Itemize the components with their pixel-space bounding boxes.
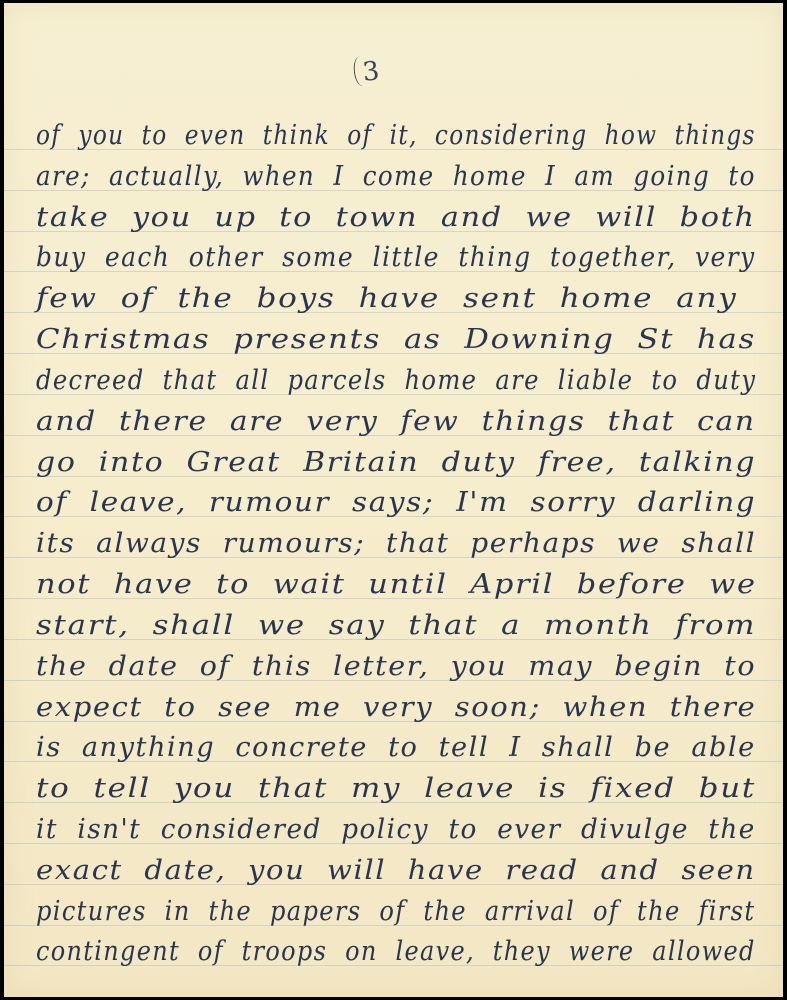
text-line: and there are very few things that can xyxy=(36,407,756,437)
text-line: start, shall we say that a month from xyxy=(36,611,756,641)
text-line: few of the boys have sent home any xyxy=(36,284,738,314)
text-line: pictures in the papers of the arrival of… xyxy=(36,897,755,927)
text-line: exact date, you will have read and seen xyxy=(36,856,756,886)
text-line: Christmas presents as Downing St has xyxy=(36,325,756,355)
text-line: to tell you that my leave is fixed but xyxy=(36,774,756,804)
text-line: of leave, rumour says; I'm sorry darling xyxy=(36,488,756,518)
text-line: contingent of troops on leave, they were… xyxy=(36,937,756,967)
page-number-circle xyxy=(352,55,370,86)
text-line: take you up to town and we will both xyxy=(36,203,756,233)
text-line: its always rumours; that perhaps we shal… xyxy=(36,529,756,559)
page-number: 3 xyxy=(354,54,387,91)
text-line: it isn't considered policy to ever divul… xyxy=(36,815,756,845)
text-line: expect to see me very soon; when there xyxy=(36,693,756,723)
text-line: the date of this letter, you may begin t… xyxy=(36,652,756,682)
text-line: of you to even think of it, considering … xyxy=(36,121,756,151)
text-line: go into Great Britain duty free, talking xyxy=(36,448,756,478)
text-line: decreed that all parcels home are liable… xyxy=(36,366,756,396)
letter-page: 3 of you to even think of it, considerin… xyxy=(4,3,783,997)
text-line: are; actually, when I come home I am goi… xyxy=(36,162,756,192)
text-line: not have to wait until April before we xyxy=(36,570,757,600)
text-line: buy each other some little thing togethe… xyxy=(36,243,755,273)
text-line: is anything concrete to tell I shall be … xyxy=(36,733,756,763)
